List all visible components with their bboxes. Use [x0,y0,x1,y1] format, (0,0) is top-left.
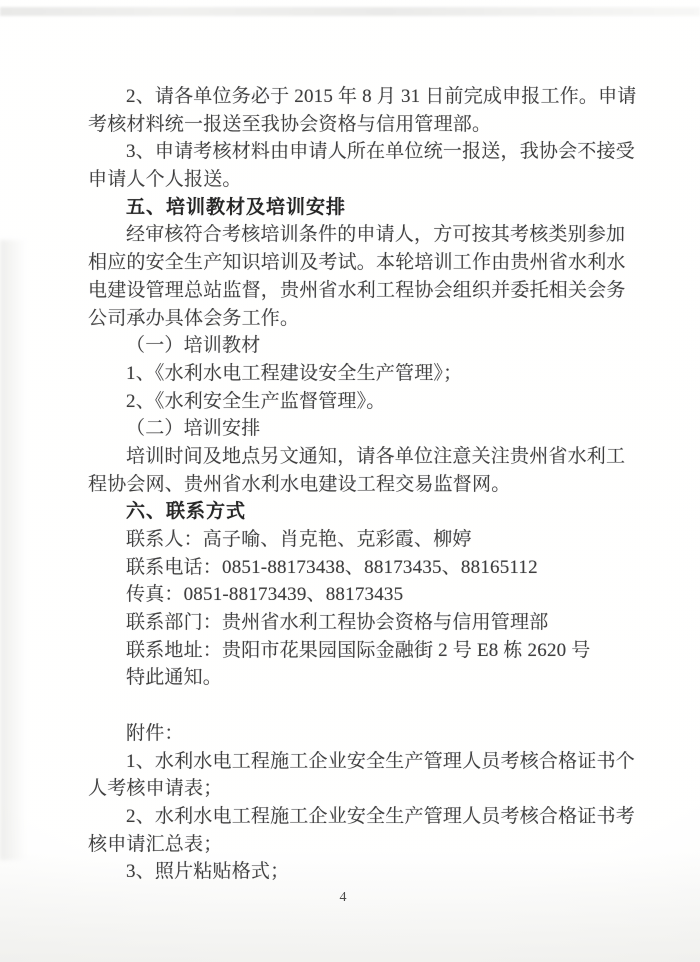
contact-department-line: 联系部门：贵州省水利工程协会资格与信用管理部 [88,609,616,637]
closing-line: 特此通知。 [88,664,616,692]
list-item: 2、《水利安全生产监督管理》。 [88,388,616,416]
section-heading-6: 六、联系方式 [88,498,616,526]
paragraph-line: 程协会网、贵州省水利水电建设工程交易监督网。 [88,471,616,499]
scanned-document-page: 2、请各单位务必于 2015 年 8 月 31 日前完成申报工作。申请 考核材料… [0,0,700,962]
paragraph-line: 公司承办具体会务工作。 [88,305,616,333]
contact-phone-line: 联系电话：0851-88173438、88173435、88165112 [88,554,616,582]
paragraph-line: 培训时间及地点另文通知，请各单位注意关注贵州省水利工 [88,443,616,471]
attachment-item-continuation: 人考核申请表； [88,775,616,803]
blank-line [88,692,616,720]
section-heading-5: 五、培训教材及培训安排 [88,194,616,222]
page-number: 4 [0,890,686,906]
contact-address-line: 联系地址：贵阳市花果园国际金融街 2 号 E8 栋 2620 号 [88,637,616,665]
subsection-heading: （一）培训教材 [88,332,616,360]
contact-fax-line: 传真：0851-88173439、88173435 [88,581,616,609]
attachment-item-continuation: 核申请汇总表； [88,831,616,859]
paragraph-line: 2、请各单位务必于 2015 年 8 月 31 日前完成申报工作。申请 [88,83,616,111]
contact-person-line: 联系人：高子喻、肖克艳、克彩霞、柳婷 [88,526,616,554]
paragraph-line: 3、申请考核材料由申请人所在单位统一报送，我协会不接受 [88,138,616,166]
list-item: 1、《水利水电工程建设安全生产管理》； [88,360,616,388]
paragraph-line: 申请人个人报送。 [88,166,616,194]
attachment-item: 2、水利水电工程施工企业安全生产管理人员考核合格证书考 [88,803,616,831]
attachment-item: 1、水利水电工程施工企业安全生产管理人员考核合格证书个 [88,748,616,776]
paragraph-line: 经审核符合考核培训条件的申请人，方可按其考核类别参加 [88,221,616,249]
paragraph-line: 电建设管理总站监督，贵州省水利工程协会组织并委托相关会务 [88,277,616,305]
scan-artifact-left [0,240,26,860]
document-body: 2、请各单位务必于 2015 年 8 月 31 日前完成申报工作。申请 考核材料… [88,83,616,886]
paragraph-line: 考核材料统一报送至我协会资格与信用管理部。 [88,111,616,139]
attachments-heading: 附件： [88,720,616,748]
subsection-heading: （二）培训安排 [88,415,616,443]
attachment-item: 3、照片粘贴格式； [88,858,616,886]
scan-artifact-top [0,7,700,16]
paragraph-line: 相应的安全生产知识培训及考试。本轮培训工作由贵州省水利水 [88,249,616,277]
